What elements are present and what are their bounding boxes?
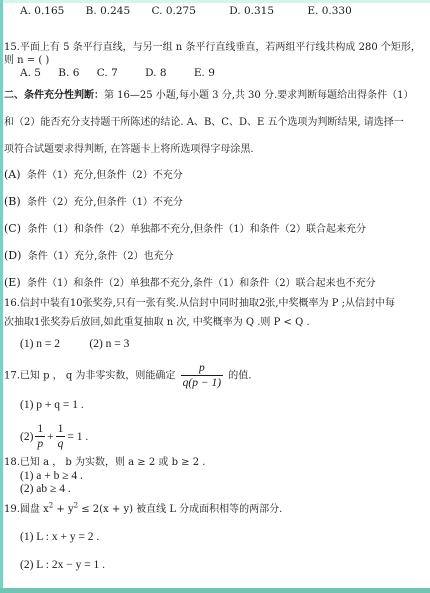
judgment-choice-b: (B) 条件（2）充分,但条件（1）不充分 (4, 195, 183, 210)
q17-fraction: pq(p − 1) (181, 362, 223, 390)
q16-condition-2: (2) n = 3 (89, 338, 129, 350)
q17-condition-2: (2)1p+1q= 1 . (20, 422, 88, 454)
section2-instructions-line2: 和（2）能否充分支持题干所陈述的结论. A、B、C、D、E 五个选项为判断结果,… (4, 116, 404, 130)
page-bottom-border (0, 588, 430, 593)
judgment-choice-c: (C) 条件（1）和条件（2）单独都不充分,但条件（1）和条件（2）联合起来充分 (4, 222, 366, 237)
q15-option-d: D. 8 (145, 66, 166, 80)
q19-condition-2: (2) L : 2x − y = 1 . (20, 558, 105, 572)
q16-stem-line2: 次抽取1张奖券后放回,如此重复抽取 n 次, 中奖概率为 Q .则 P < Q … (4, 316, 310, 330)
q15-option-c: C. 7 (97, 66, 118, 80)
exam-page: A. 0.165 B. 0.245 C. 0.275 D. 0.315 E. 0… (4, 0, 428, 588)
page-left-border (0, 0, 3, 593)
judgment-choice-a: (A) 条件（1）充分,但条件（2）不充分 (4, 168, 183, 183)
q15-options: A. 5 B. 6 C. 7 D. 8 E. 9 (20, 66, 233, 80)
q16-conditions: (1) n = 2 (2) n = 3 (20, 337, 129, 351)
q17-condition-1: (1) p + q = 1 . (20, 398, 84, 412)
q14-option-b: B. 0.245 (86, 4, 130, 18)
q16-condition-1: (1) n = 2 (20, 338, 60, 350)
section2-heading: 二、条件充分性判断： (4, 90, 104, 101)
q15-option-e: E. 9 (194, 66, 215, 80)
judgment-choice-d: (D) 条件（1）充分,条件（2）也充分 (4, 249, 174, 264)
q14-options: A. 0.165 B. 0.245 C. 0.275 D. 0.315 E. 0… (20, 4, 370, 18)
q16-stem-line1: 16.信封中装有10张奖券,只有一张有奖.从信封中同时抽取2张,中奖概率为 P … (4, 297, 395, 311)
q14-option-c: C. 0.275 (151, 4, 195, 18)
q15-stem-line1: 15.平面上有 5 条平行直线，与另一组 n 条平行直线垂直，若两组平行线共构成… (4, 41, 421, 55)
q18-stem: 18.已知 a ， b 为实数，则 a ≥ 2 或 b ≥ 2 . (4, 456, 205, 470)
section2-instructions-line1: 二、条件充分性判断：第 16—25 小题,每小题 3 分,共 30 分.要求判断… (4, 89, 414, 103)
q17-stem: 17.已知 p ， q 为非零实数，则能确定 pq(p − 1) 的值. (4, 362, 251, 392)
q14-option-d: D. 0.315 (229, 4, 274, 18)
q19-stem: 19.圆盘 x2 + y2 ≤ 2(x + y) 被直线 L 分成面积相等的两部… (4, 503, 282, 517)
q19-condition-1: (1) L : x + y = 2 . (20, 530, 99, 544)
q18-condition-1: (1) a + b ≥ 4 . (20, 469, 83, 483)
q14-option-a: A. 0.165 (20, 4, 64, 18)
section2-instructions-line3: 项符合试题要求得判断, 在答题卡上将所选项得字母涂黑. (4, 143, 254, 157)
q15-option-b: B. 6 (58, 66, 79, 80)
q15-option-a: A. 5 (20, 66, 41, 80)
q18-condition-2: (2) ab ≥ 4 . (20, 482, 71, 496)
judgment-choice-e: (E) 条件（1）和条件（2）单独都不充分,条件（1）和条件（2）联合起来也不充… (4, 276, 376, 291)
q14-option-e: E. 0.330 (307, 4, 351, 18)
